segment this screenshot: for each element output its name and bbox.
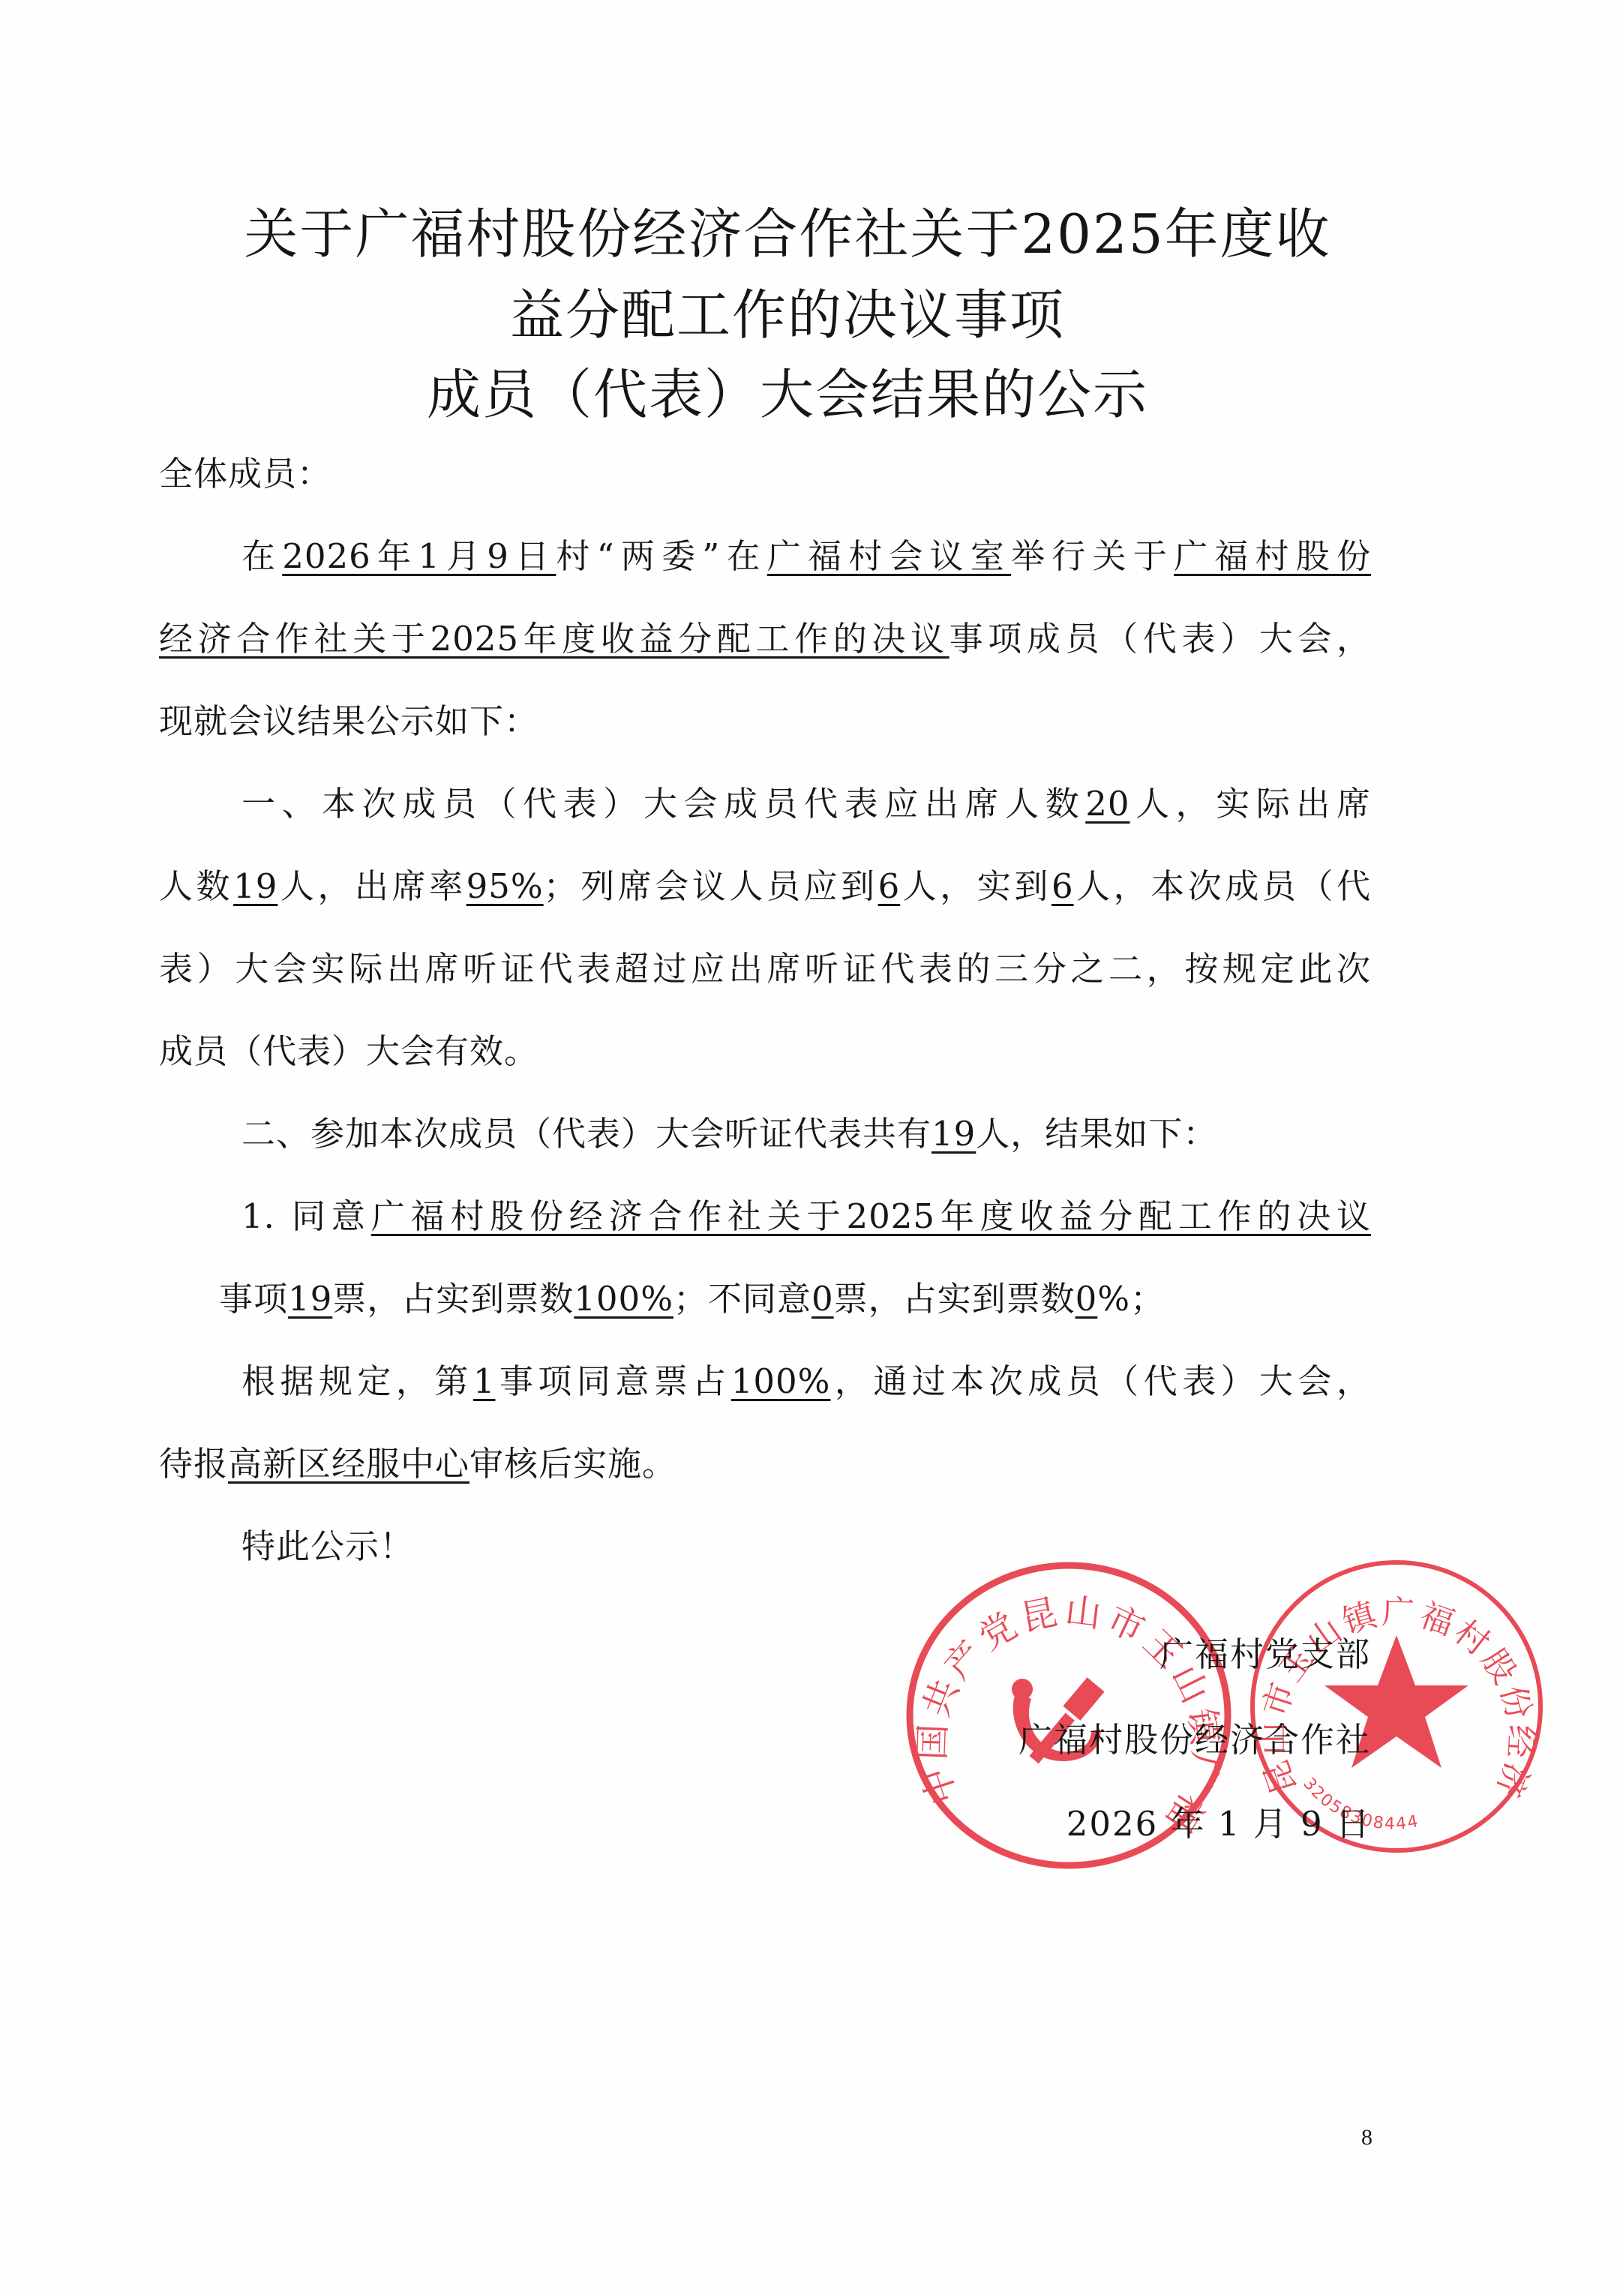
section-one-text: 人，实到 xyxy=(900,866,1051,906)
section-one-line-3: 表）大会实际出席听证代表超过应出席听证代表的三分之二，按规定此次 xyxy=(159,947,1371,992)
votes-for: 19 xyxy=(288,1279,332,1319)
document-title-line-2: 益分配工作的决议事项 xyxy=(150,278,1425,353)
salutation: 全体成员： xyxy=(159,452,1371,497)
votes-against: 0 xyxy=(811,1279,834,1319)
document-title-line-3: 成员（代表）大会结果的公示 xyxy=(150,357,1425,432)
conclusion-text: 根据规定，第 xyxy=(241,1361,473,1401)
vote-item-subject: 广福村股份经济合作社关于2025年度收益分配工作的决议 xyxy=(371,1196,1371,1236)
vote-item-1-line-1: 1. 同意广福村股份经济合作社关于2025年度收益分配工作的决议 xyxy=(241,1194,1371,1239)
intro-prefix: 在 xyxy=(241,536,282,576)
vote-text: 票，占实到票数 xyxy=(332,1279,574,1319)
observers-actual: 6 xyxy=(1051,866,1074,906)
signature-cooperative: 广福村股份经济合作社 xyxy=(1018,1718,1371,1763)
section-one-line-2: 人数19人，出席率95%；列席会议人员应到6人，实到6人，本次成员（代 xyxy=(159,864,1371,909)
conclusion-text: ，通过本次成员（代表）大会， xyxy=(830,1361,1371,1401)
percent-against: 0 xyxy=(1075,1279,1098,1319)
section-one-text: 人，实际出席 xyxy=(1129,784,1371,824)
section-one-text: 人，本次成员（代 xyxy=(1074,866,1371,906)
total-representatives: 19 xyxy=(931,1114,976,1154)
section-two-line-1: 二、参加本次成员（代表）大会听证代表共有19人，结果如下： xyxy=(241,1112,1371,1157)
meeting-subject-part-1: 广福村股份 xyxy=(1174,536,1371,576)
intro-line-3: 现就会议结果公示如下： xyxy=(159,699,1371,744)
section-one-line-1: 一、本次成员（代表）大会成员代表应出席人数20人，实际出席 xyxy=(241,782,1371,827)
vote-item-1-line-2: 事项19票，占实到票数100%；不同意0票，占实到票数0%； xyxy=(219,1277,1371,1322)
document-title-line-1: 关于广福村股份经济合作社关于2025年度收 xyxy=(150,197,1425,272)
vote-text: %； xyxy=(1097,1279,1165,1319)
intro-organizer: 村“两委”在 xyxy=(556,536,766,576)
review-body: 高新区经服中心 xyxy=(228,1444,469,1484)
percent-for: 100% xyxy=(574,1279,673,1319)
vote-text: ；不同意 xyxy=(673,1279,811,1319)
intro-held-about: 举行关于 xyxy=(1011,536,1174,576)
intro-line-2: 经济合作社关于2025年度收益分配工作的决议事项成员（代表）大会， xyxy=(159,617,1371,662)
page-number: 8 xyxy=(1361,2124,1372,2151)
section-one-text: ；列席会议人员应到 xyxy=(544,866,878,906)
section-one-text: 人，出席率 xyxy=(277,866,466,906)
conclusion-text: 事项同意票占 xyxy=(495,1361,730,1401)
signature-party-branch: 广福村党支部 xyxy=(1159,1632,1371,1677)
vote-text: 事项 xyxy=(219,1279,288,1319)
section-two-text: 人，结果如下： xyxy=(976,1114,1217,1154)
item-number: 1 xyxy=(473,1361,496,1401)
conclusion-line-2: 待报高新区经服中心审核后实施。 xyxy=(159,1442,1371,1487)
meeting-subject-part-2: 经济合作社关于2025年度收益分配工作的决议 xyxy=(159,619,949,659)
section-one-line-4: 成员（代表）大会有效。 xyxy=(159,1029,1371,1074)
vote-text: 票，占实到票数 xyxy=(834,1279,1075,1319)
conclusion-text: 待报 xyxy=(159,1444,228,1484)
section-two-text: 二、参加本次成员（代表）大会听证代表共有 xyxy=(241,1114,931,1154)
document-page: 关于广福村股份经济合作社关于2025年度收 益分配工作的决议事项 成员（代表）大… xyxy=(0,0,1620,2296)
meeting-venue: 广福村会议室 xyxy=(767,536,1011,576)
signature-date: 2026 年 1 月 9 日 xyxy=(1066,1802,1371,1847)
section-one-text: 一、本次成员（代表）大会成员代表应出席人数 xyxy=(241,784,1085,824)
intro-line-2-suffix: 事项成员（代表）大会， xyxy=(949,619,1371,659)
conclusion-text: 审核后实施。 xyxy=(469,1444,676,1484)
attendance-rate: 95% xyxy=(466,866,544,906)
intro-line-1: 在2026年1月9日村“两委”在广福村会议室举行关于广福村股份 xyxy=(241,534,1371,579)
conclusion-line-1: 根据规定，第1事项同意票占100%，通过本次成员（代表）大会， xyxy=(241,1359,1371,1404)
observers-expected: 6 xyxy=(878,866,901,906)
approval-percent: 100% xyxy=(731,1361,831,1401)
meeting-date: 2026年1月9日 xyxy=(282,536,556,576)
expected-attendees: 20 xyxy=(1085,784,1129,824)
section-one-text: 人数 xyxy=(159,866,233,906)
actual-attendees: 19 xyxy=(233,866,277,906)
vote-item-label: 1. 同意 xyxy=(241,1196,371,1236)
